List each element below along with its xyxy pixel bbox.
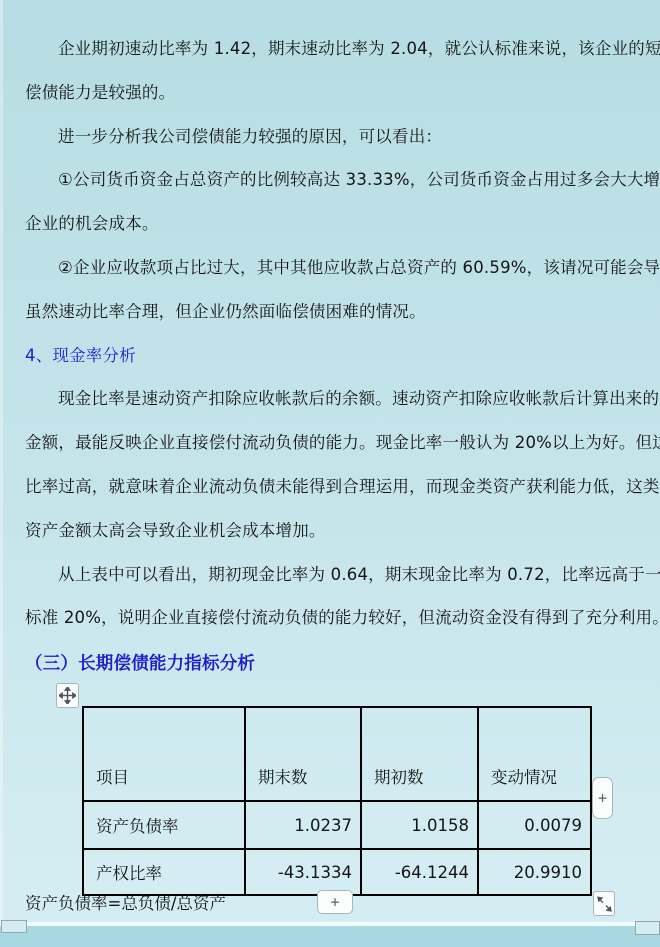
- document-line: 标准 20%，说明企业直接偿付流动负债的能力较好，但流动资金没有得到了充分利用。: [25, 596, 637, 640]
- table-move-handle[interactable]: [56, 683, 79, 708]
- document-line: 企业期初速动比率为 1.42，期末速动比率为 2.04，就公认标准来说，该企业的…: [25, 27, 637, 71]
- page-gap-marker-right[interactable]: [635, 921, 660, 935]
- table-cell: 1.0237: [245, 801, 361, 849]
- table-row: 产权比率 -43.1334 -64.1244 20.9910: [83, 849, 591, 895]
- document-line: 偿债能力是较强的。: [25, 71, 637, 115]
- page-gap-band: [0, 926, 660, 947]
- table-header-row: 项目 期末数 期初数 变动情况: [83, 707, 591, 801]
- document-line: 资产金额太高会导致企业机会成本增加。: [25, 509, 637, 553]
- section-heading-cash-ratio: 4、现金率分析: [25, 334, 637, 378]
- document-line: 虽然速动比率合理，但企业仍然面临偿债困难的情况。: [25, 290, 637, 334]
- move-icon: [59, 687, 76, 704]
- table-cell: -64.1244: [361, 849, 478, 895]
- table-resize-handle[interactable]: [593, 891, 615, 916]
- formula-text: 资产负债率=总负债/总资产: [25, 892, 226, 916]
- document-line: 金额，最能反映企业直接偿付流动负债的能力。现金比率一般认为 20%以上为好。但这…: [25, 421, 637, 465]
- page-left-edge: [0, 0, 3, 947]
- table-cell: 产权比率: [83, 849, 245, 895]
- document-line: 现金比率是速动资产扣除应收帐款后的余额。速动资产扣除应收帐款后计算出来的: [25, 377, 637, 421]
- document-text-area: 企业期初速动比率为 1.42，期末速动比率为 2.04，就公认标准来说，该企业的…: [25, 27, 637, 683]
- plus-icon: +: [330, 895, 339, 910]
- add-column-button[interactable]: +: [592, 777, 613, 819]
- solvency-indicator-table: 项目 期末数 期初数 变动情况 资产负债率 1.0237 1.0158 0.00…: [82, 706, 592, 896]
- table-header-cell: 期初数: [361, 707, 478, 801]
- document-line: 比率过高，就意味着企业流动负债未能得到合理运用，而现金类资产获利能力低，这类: [25, 465, 637, 509]
- table-cell: 资产负债率: [83, 801, 245, 849]
- document-line: ①公司货币资金占总资产的比例较高达 33.33%，公司货币资金占用过多会大大增加: [25, 158, 637, 202]
- add-row-button[interactable]: +: [317, 890, 353, 914]
- table-cell: 0.0079: [478, 801, 591, 849]
- table-row: 资产负债率 1.0237 1.0158 0.0079: [83, 801, 591, 849]
- table-cell: 1.0158: [361, 801, 478, 849]
- document-line: 进一步分析我公司偿债能力较强的原因，可以看出：: [25, 115, 637, 159]
- diagonal-resize-icon: [597, 896, 612, 912]
- table-header-cell: 项目: [83, 707, 245, 801]
- table-header-cell: 期末数: [245, 707, 361, 801]
- document-line: ②企业应收款项占比过大，其中其他应收款占总资产的 60.59%，该请况可能会导致: [25, 246, 637, 290]
- table-cell: 20.9910: [478, 849, 591, 895]
- plus-icon: +: [598, 791, 607, 806]
- page-gap-marker-left[interactable]: [1, 920, 27, 933]
- table-cell: -43.1334: [245, 849, 361, 895]
- section-heading-long-term-solvency: （三）长期偿债能力指标分析: [25, 649, 637, 683]
- document-page: { "document": { "lines": [ {"text": "企业期…: [0, 0, 660, 947]
- document-line: 企业的机会成本。: [25, 202, 637, 246]
- document-line: 从上表中可以看出，期初现金比率为 0.64，期末现金比率为 0.72，比率远高于…: [25, 553, 637, 597]
- table-header-cell: 变动情况: [478, 707, 591, 801]
